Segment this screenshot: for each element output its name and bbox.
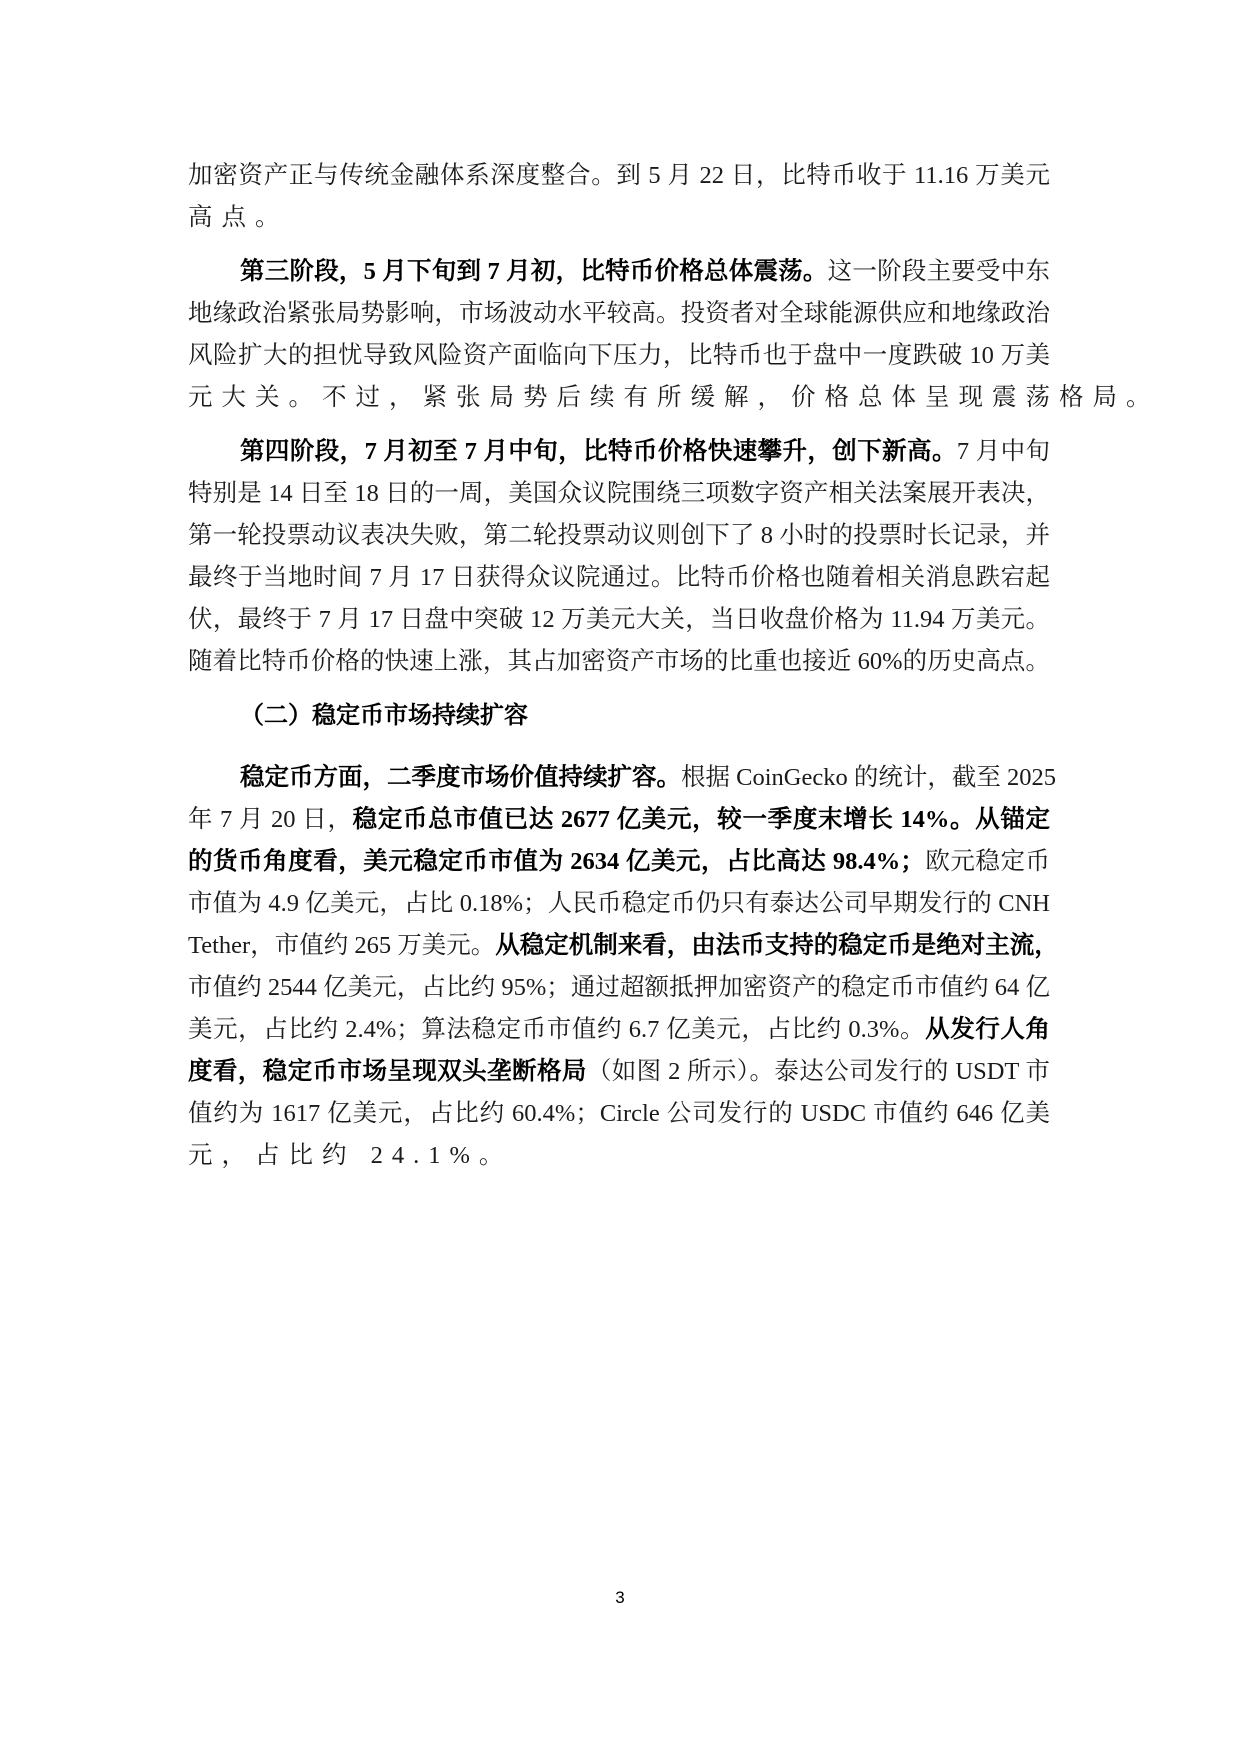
text-line: 第一轮投票动议表决失败，第二轮投票动议则创下了 8 小时的投票时长记录，并 xyxy=(188,516,1050,556)
text-line: 市值约 2544 亿美元，占比约 95%；通过超额抵押加密资产的稳定币市值约 6… xyxy=(188,968,1050,1008)
bold-text-run: 度看，稳定币市场呈现双头垄断格局 xyxy=(188,1058,587,1085)
text-run: 美元，占比约 2.4%；算法稳定币市值约 6.7 亿美元，占比约 0.3%。 xyxy=(188,1016,925,1043)
text-line: 最终于当地时间 7 月 17 日获得众议院通过。比特币价格也随着相关消息跌宕起 xyxy=(188,558,1050,598)
bold-text-run: 稳定币总市值已达 2677 亿美元，较一季度末增长 14%。从锚定 xyxy=(353,806,1050,833)
bold-text-run: 的货币角度看，美元稳定币市值为 2634 亿美元，占比高达 98.4%； xyxy=(188,848,925,875)
text-run: 值约为 1617 亿美元，占比约 60.4%；Circle 公司发行的 USDC… xyxy=(188,1100,1050,1127)
text-line: 第三阶段，5 月下旬到 7 月初，比特币价格总体震荡。这一阶段主要受中东 xyxy=(240,252,1050,292)
text-line: 高点。 xyxy=(188,198,1050,238)
text-line: 元大关。不过，紧张局势后续有所缓解，价格总体呈现震荡格局。 xyxy=(188,378,1050,418)
text-run: 欧元稳定币 xyxy=(925,848,1050,875)
text-line: 加密资产正与传统金融体系深度整合。到 5 月 22 日，比特币收于 11.16 … xyxy=(188,156,1050,196)
document-page: 加密资产正与传统金融体系深度整合。到 5 月 22 日，比特币收于 11.16 … xyxy=(0,0,1240,1755)
text-line: 稳定币方面，二季度市场价值持续扩容。根据 CoinGecko 的统计，截至 20… xyxy=(240,758,1050,798)
text-run: 根据 CoinGecko 的统计，截至 2025 xyxy=(681,764,1056,791)
text-run: 伏，最终于 7 月 17 日盘中突破 12 万美元大关，当日收盘价格为 11.9… xyxy=(188,606,1050,633)
text-line: 市值为 4.9 亿美元，占比 0.18%；人民币稳定币仍只有泰达公司早期发行的 … xyxy=(188,884,1050,924)
text-line: 度看，稳定币市场呈现双头垄断格局（如图 2 所示）。泰达公司发行的 USDT 市 xyxy=(188,1052,1050,1092)
text-line: 美元，占比约 2.4%；算法稳定币市值约 6.7 亿美元，占比约 0.3%。从发… xyxy=(188,1010,1050,1050)
text-run: Tether，市值约 265 万美元。 xyxy=(188,932,495,959)
text-line: 元，占比约 24.1%。 xyxy=(188,1136,1050,1176)
bold-text-run: 稳定币方面，二季度市场价值持续扩容。 xyxy=(240,764,681,791)
text-line: 地缘政治紧张局势影响，市场波动水平较高。投资者对全球能源供应和地缘政治 xyxy=(188,294,1050,334)
text-run: 地缘政治紧张局势影响，市场波动水平较高。投资者对全球能源供应和地缘政治 xyxy=(188,300,1050,327)
text-run: 高点。 xyxy=(188,204,289,231)
text-run: 市值约 2544 亿美元，占比约 95%；通过超额抵押加密资产的稳定币市值约 6… xyxy=(188,974,1050,1001)
text-line: 特别是 14 日至 18 日的一周，美国众议院围绕三项数字资产相关法案展开表决， xyxy=(188,474,1050,514)
text-run: 风险扩大的担忧导致风险资产面临向下压力，比特币也于盘中一度跌破 10 万美 xyxy=(188,342,1050,369)
text-run: 最终于当地时间 7 月 17 日获得众议院通过。比特币价格也随着相关消息跌宕起 xyxy=(188,564,1050,591)
text-run: 加密资产正与传统金融体系深度整合。到 5 月 22 日，比特币收于 11.16 … xyxy=(188,162,1050,189)
text-run: 元大关。不过，紧张局势后续有所缓解，价格总体呈现震荡格局。 xyxy=(188,384,1160,411)
bold-text-run: 从稳定机制来看，由法币支持的稳定币是绝对主流， xyxy=(495,932,1059,959)
text-run: （如图 2 所示）。泰达公司发行的 USDT 市 xyxy=(587,1058,1050,1085)
text-line: 风险扩大的担忧导致风险资产面临向下压力，比特币也于盘中一度跌破 10 万美 xyxy=(188,336,1050,376)
text-line: 随着比特币价格的快速上涨，其占加密资产市场的比重也接近 60%的历史高点。 xyxy=(188,642,1050,682)
text-run: 市值为 4.9 亿美元，占比 0.18%；人民币稳定币仍只有泰达公司早期发行的 … xyxy=(188,890,1050,917)
text-run: 这一阶段主要受中东 xyxy=(828,258,1050,285)
text-run: 特别是 14 日至 18 日的一周，美国众议院围绕三项数字资产相关法案展开表决， xyxy=(188,480,1050,507)
text-line: 的货币角度看，美元稳定币市值为 2634 亿美元，占比高达 98.4%；欧元稳定… xyxy=(188,842,1050,882)
page-number: 3 xyxy=(0,1588,1240,1608)
bold-text-run: 第三阶段，5 月下旬到 7 月初，比特币价格总体震荡。 xyxy=(240,258,828,285)
text-run: 第一轮投票动议表决失败，第二轮投票动议则创下了 8 小时的投票时长记录，并 xyxy=(188,522,1050,549)
text-line: 值约为 1617 亿美元，占比约 60.4%；Circle 公司发行的 USDC… xyxy=(188,1094,1050,1134)
text-line: 第四阶段，7 月初至 7 月中旬，比特币价格快速攀升，创下新高。7 月中旬 xyxy=(240,432,1050,472)
text-line: 伏，最终于 7 月 17 日盘中突破 12 万美元大关，当日收盘价格为 11.9… xyxy=(188,600,1050,640)
text-run: 随着比特币价格的快速上涨，其占加密资产市场的比重也接近 60%的历史高点。 xyxy=(188,648,1050,675)
bold-text-run: 第四阶段，7 月初至 7 月中旬，比特币价格快速攀升，创下新高。 xyxy=(240,438,957,465)
section-heading: （二）稳定币市场持续扩容 xyxy=(240,696,528,736)
bold-text-run: 从发行人角 xyxy=(925,1016,1050,1043)
text-line: Tether，市值约 265 万美元。从稳定机制来看，由法币支持的稳定币是绝对主… xyxy=(188,926,1050,966)
text-line: 年 7 月 20 日，稳定币总市值已达 2677 亿美元，较一季度末增长 14%… xyxy=(188,800,1050,840)
text-run: 年 7 月 20 日， xyxy=(188,806,353,833)
text-run: 元，占比约 24.1%。 xyxy=(188,1142,512,1169)
text-run: 7 月中旬 xyxy=(957,438,1050,465)
